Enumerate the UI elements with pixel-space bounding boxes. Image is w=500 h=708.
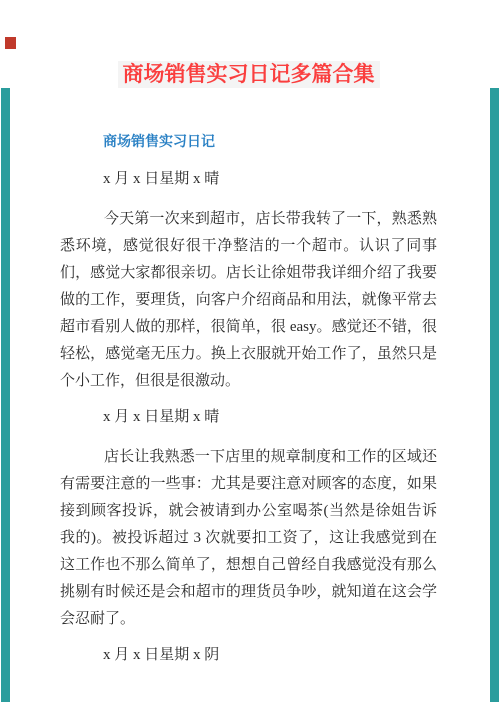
entry-text: 店长让我熟悉一下店里的规章制度和工作的区域还有需要注意的一些事：尤其是要注意对顾… bbox=[60, 444, 437, 633]
entry-date: x 月 x 日星期 x 晴 bbox=[103, 408, 437, 427]
diary-entry-2: x 月 x 日星期 x 晴 店长让我熟悉一下店里的规章制度和工作的区域还有需要注… bbox=[60, 408, 437, 633]
section-heading: 商场销售实习日记 bbox=[103, 132, 437, 151]
document-title-text: 商场销售实习日记多篇合集 bbox=[118, 61, 380, 88]
entry-date: x 月 x 日星期 x 晴 bbox=[103, 170, 437, 189]
document-page: 商场销售实习日记多篇合集 商场销售实习日记 x 月 x 日星期 x 晴 今天第一… bbox=[0, 0, 500, 708]
entry-date: x 月 x 日星期 x 阴 bbox=[103, 646, 437, 665]
diary-entry-3: x 月 x 日星期 x 阴 bbox=[60, 646, 437, 665]
diary-entry-1: x 月 x 日星期 x 晴 今天第一次来到超市，店长带我转了一下，熟悉熟悉环境，… bbox=[60, 170, 437, 395]
entry-text: 今天第一次来到超市，店长带我转了一下，熟悉熟悉环境，感觉很好很干净整洁的一个超市… bbox=[60, 206, 437, 395]
document-content: 商场销售实习日记多篇合集 商场销售实习日记 x 月 x 日星期 x 晴 今天第一… bbox=[0, 0, 500, 665]
document-title: 商场销售实习日记多篇合集 bbox=[60, 62, 437, 88]
